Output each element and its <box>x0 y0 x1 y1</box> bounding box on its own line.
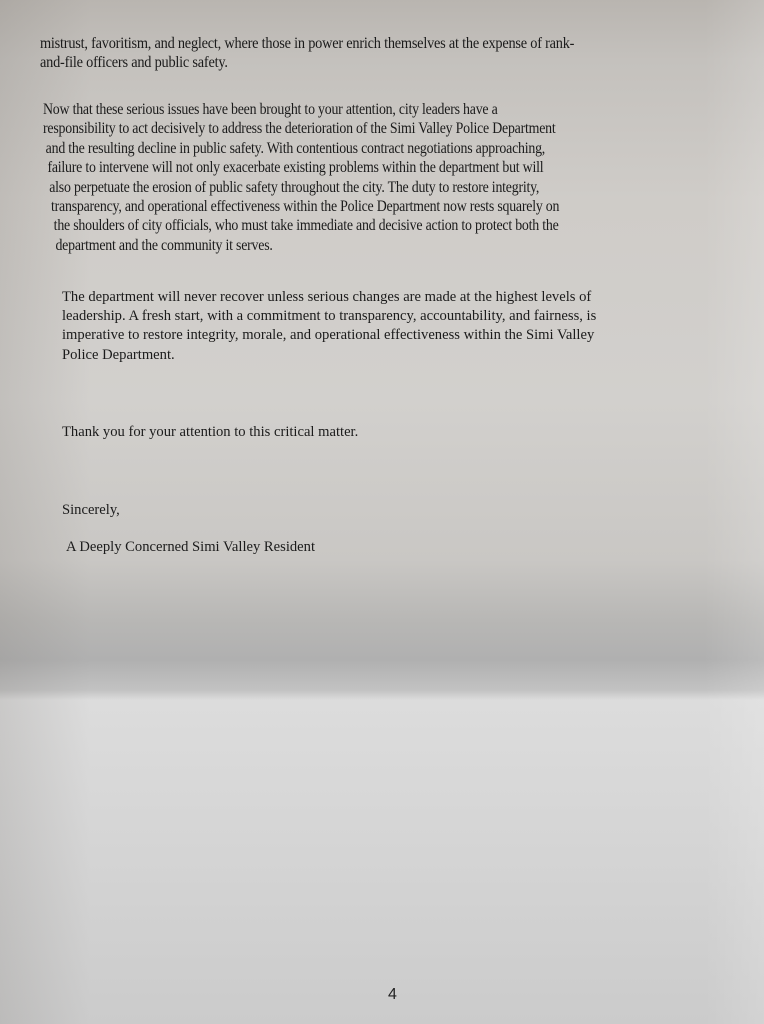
text-line: responsibility to act decisively to addr… <box>43 119 702 138</box>
signature: A Deeply Concerned Simi Valley Resident <box>66 539 315 556</box>
closing-salutation: Sincerely, <box>62 502 120 519</box>
text-line: leadership. A fresh start, with a commit… <box>62 307 712 326</box>
text-line: the shoulders of city officials, who mus… <box>43 216 702 235</box>
text-line: Police Department. <box>62 346 712 365</box>
letter-page: mistrust, favoritism, and neglect, where… <box>0 0 764 1024</box>
text-line: department and the community it serves. <box>43 236 702 255</box>
text-line: transparency, and operational effectiven… <box>43 197 702 216</box>
text-line: and the resulting decline in public safe… <box>43 139 702 158</box>
call-to-action-paragraph: Now that these serious issues have been … <box>43 100 702 255</box>
page-number: 4 <box>388 986 397 1004</box>
text-line: and-file officers and public safety. <box>40 53 684 72</box>
text-line: mistrust, favoritism, and neglect, where… <box>40 34 684 53</box>
text-line: The department will never recover unless… <box>62 288 712 307</box>
intro-paragraph: mistrust, favoritism, and neglect, where… <box>40 34 684 73</box>
text-line: imperative to restore integrity, morale,… <box>62 326 712 345</box>
text-line: failure to intervene will not only exace… <box>43 158 702 177</box>
thank-you-line: Thank you for your attention to this cri… <box>62 424 358 441</box>
text-line: Now that these serious issues have been … <box>43 100 702 119</box>
text-line: also perpetuate the erosion of public sa… <box>43 178 702 197</box>
conclusion-paragraph: The department will never recover unless… <box>62 288 712 365</box>
